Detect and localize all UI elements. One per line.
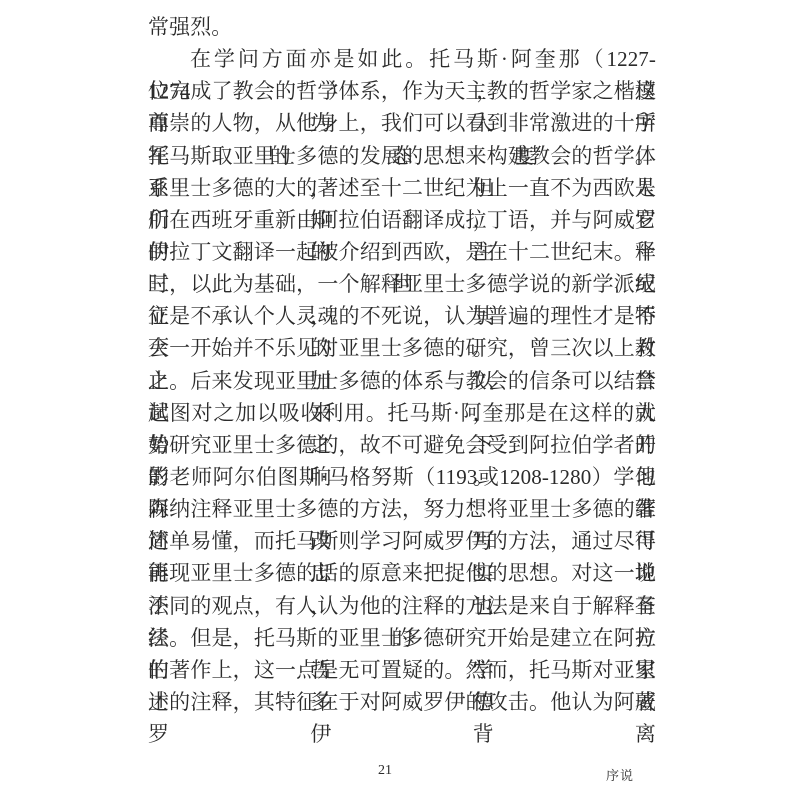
book-page: 常强烈。 在学问方面亦是如此。托马斯·阿奎那（1227-1274），这 位完成了… <box>0 0 800 800</box>
text-line: 始研究亚里士多德的，故不可避免会受到阿拉伯学者的影响。他 <box>148 429 656 461</box>
text-line: 在学问方面亦是如此。托马斯·阿奎那（1227-1274），这 <box>148 43 656 75</box>
text-line: 试图对之加以吸收利用。托马斯·阿奎那是在这样的大势之下开 <box>148 397 656 429</box>
text-line: 止。后来发现亚里士多德的体系与教会的信条可以结合起来，就 <box>148 365 656 397</box>
text-line: 亚里士多德的大的著述至十二世纪为止一直不为西欧人所知，它 <box>148 172 656 204</box>
text-line: 的著作上，这一点是无可置疑的。然而，托马斯对亚里士多德著 <box>148 654 656 686</box>
text-line: 再现亚里士多德的话的原意来把捉他的思想。对这一说法，也有 <box>148 557 656 589</box>
text-line: 的老师阿尔伯图斯·马格努斯（1193或1208-1280）学习阿维 <box>148 461 656 493</box>
text-line: 征是不承认个人灵魂的不死说，认为普遍的理性才是不灭的。教 <box>148 300 656 332</box>
text-line: 会一开始并不乐见对亚里士多德的研究，曾三次以上对之加以禁 <box>148 332 656 364</box>
text-line: 述的注释，其特征在于对阿威罗伊的攻击。他认为阿威罗伊背离 <box>148 686 656 718</box>
section-label: 序说 <box>606 765 634 784</box>
text-line: 们在西班牙重新由阿拉伯语翻译成拉丁语，并与阿威罗伊的注释 <box>148 204 656 236</box>
body-text-block: 常强烈。 在学问方面亦是如此。托马斯·阿奎那（1227-1274），这 位完成了… <box>148 11 656 718</box>
text-line: 时，以此为基础，一个解释亚里士多德学说的新学派成立，其特 <box>148 268 656 300</box>
text-line: 不同的观点，有人认为他的注释的方法是来自于解释圣经的方 <box>148 590 656 622</box>
page-number: 21 <box>378 763 392 779</box>
text-line: 简单易懂，而托马斯则学习阿威罗伊的方法，通过尽可能忠实地 <box>148 525 656 557</box>
text-line: 常强烈。 <box>148 11 656 43</box>
text-line: 位完成了教会的哲学体系，作为天主教的哲学家之楷模而为人所 <box>148 75 656 107</box>
text-line: 托马斯取亚里士多德的发展的思想来构建教会的哲学体系，但是 <box>148 140 656 172</box>
text-line: 尊崇的人物，从他身上，我们可以看到非常激进的十字军的态度。 <box>148 107 656 139</box>
text-line: 森纳注释亚里士多德的方法，努力想将亚里士多德的著述改写得 <box>148 493 656 525</box>
text-line: 的拉丁文翻译一起被介绍到西欧，是在十二世纪末。十三世纪 <box>148 236 656 268</box>
text-line: 法。但是，托马斯的亚里士多德研究开始是建立在阿拉伯哲学家 <box>148 622 656 654</box>
